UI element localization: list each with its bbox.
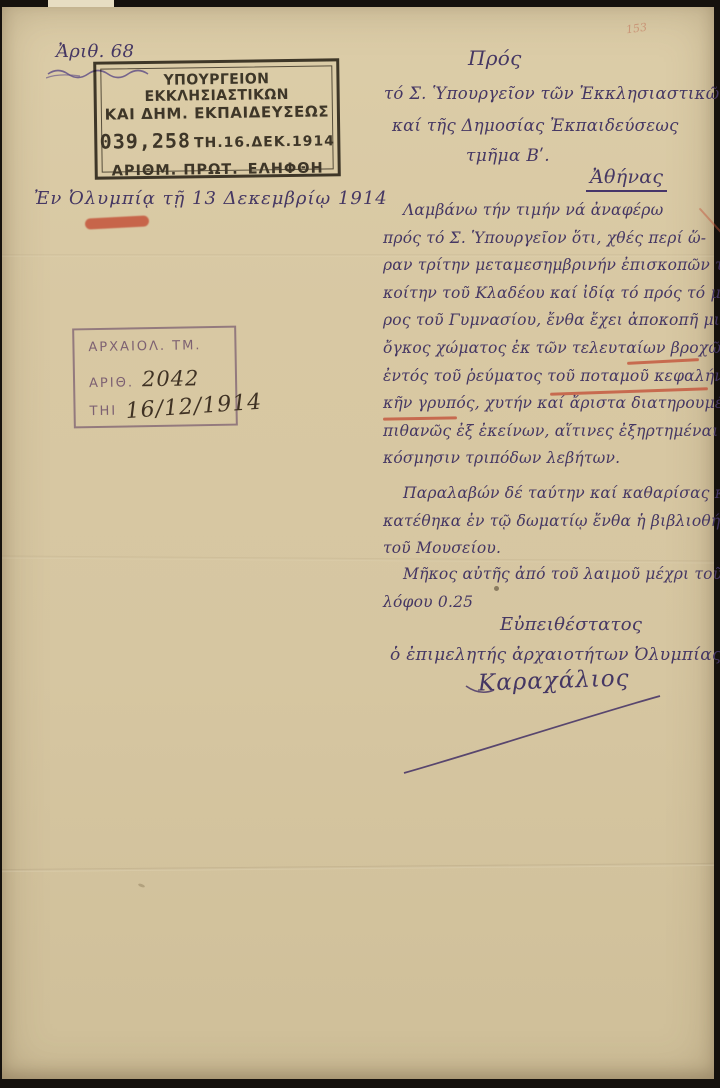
archive-date-label: ΤΗΙ (89, 404, 117, 419)
stamp-ministry-line2: ΚΑΙ ΔΗΜ. ΕΚΠΑΙΔΕΥΣΕΩΣ (97, 102, 337, 123)
body-line: ὄγκος χώματος ἐκ τῶν τελευταίων βροχῶν, … (383, 335, 720, 363)
paper-speck (138, 883, 146, 888)
archive-stamp-department: ΑΡΧΑΙΟΛ. ΤΜ. (88, 338, 201, 355)
document-scan: 153 Ἀριθ. 68 ΥΠΟΥΡΓΕΙΟΝ ΕΚΚΛΗΣΙΑΣΤΙΚΩΝ Κ… (0, 0, 720, 1088)
archive-number-label: ΑΡΙΘ. (89, 375, 134, 391)
signature-flourish (398, 680, 678, 784)
stamp-protocol-number: 039,258 (100, 128, 192, 153)
body-line: κατέθηκα ἐν τῷ δωματίῳ ἔνθα ἡ βιβλιοθήκη (383, 508, 720, 536)
archive-stamp: ΑΡΧΑΙΟΛ. ΤΜ. ΑΡΙΘ. 2042 ΤΗΙ 16/12/1914 (72, 326, 238, 429)
body-line: Λαμβάνω τήν τιμήν νά ἀναφέρω (383, 197, 720, 225)
ref-number: Ἀριθ. 68 (56, 41, 134, 62)
body-line: λόφου 0.25 (383, 589, 720, 617)
body-paragraph-3: Μῆκος αὐτῆς ἀπό τοῦ λαιμοῦ μέχρι τοῦ ἄκρ… (383, 561, 720, 616)
body-line: ρος τοῦ Γυμνασίου, ἔνθα ἔχει ἀποκοπῆ μικ… (383, 307, 720, 335)
address-line1: τό Σ. Ὑπουργεῖον τῶν Ἐκκλησιαστικῶν (384, 84, 720, 103)
body-line: κόσμησιν τριπόδων λεβήτων. (383, 445, 720, 473)
stamp-ministry-line1: ΥΠΟΥΡΓΕΙΟΝ ΕΚΚΛΗΣΙΑΣΤΙΚΩΝ (100, 70, 333, 105)
signer-title: ὁ ἐπιμελητής ἀρχαιοτήτων Ὀλυμπίας (390, 645, 720, 665)
address-city: Ἀθήνας (586, 166, 667, 192)
archive-number-value: 2042 (142, 366, 200, 391)
place-date-line: Ἐν Ὀλυμπίᾳ τῇ 13 Δεκεμβρίῳ 1914 (34, 188, 388, 209)
body-line: ἐντός τοῦ ῥεύματος τοῦ ποταμοῦ κεφαλήν χ… (383, 363, 720, 391)
address-line2: καί τῆς Δημοσίας Ἐκπαιδεύσεως (392, 116, 679, 135)
body-line: Παραλαβών δέ ταύτην καί καθαρίσας καλῶς (383, 480, 720, 508)
body-paragraph-1: Λαμβάνω τήν τιμήν νά ἀναφέρω πρός τό Σ. … (383, 197, 720, 473)
ministry-receipt-stamp: ΥΠΟΥΡΓΕΙΟΝ ΕΚΚΛΗΣΙΑΣΤΙΚΩΝ ΚΑΙ ΔΗΜ. ΕΚΠΑΙ… (93, 58, 341, 179)
body-line: πρός τό Σ. Ὑπουργεῖον ὅτι, χθές περί ὥ- (383, 225, 720, 253)
body-line: τοῦ Μουσείου. (383, 535, 720, 563)
body-line: ραν τρίτην μεταμεσημβρινήν ἐπισκοπῶν τήν (383, 252, 720, 280)
fold-crease (2, 863, 714, 872)
body-line: κοίτην τοῦ Κλαδέου καί ἰδίᾳ τό πρός τό μ… (383, 280, 720, 308)
stamp-received-date: ΤΗ.16.ΔΕΚ.1914 (194, 133, 335, 151)
body-paragraph-2: Παραλαβών δέ ταύτην καί καθαρίσας καλῶς … (383, 480, 720, 563)
salutation-to: Πρός (468, 46, 522, 70)
stamp-label-received: ΕΛΗΦΘΗ (248, 161, 324, 178)
stamp-label-protocol: ΑΡΙΘΜ. ΠΡΩΤ. (112, 162, 239, 180)
address-line3: τμῆμα Βʹ. (466, 146, 550, 166)
body-line: πιθανῶς ἐξ ἐκείνων, αἵτινες ἐξηρτημέναι … (383, 418, 720, 446)
valediction: Εὐπειθέστατος (500, 614, 642, 635)
body-line: Μῆκος αὐτῆς ἀπό τοῦ λαιμοῦ μέχρι τοῦ ἄκρ… (383, 561, 720, 589)
